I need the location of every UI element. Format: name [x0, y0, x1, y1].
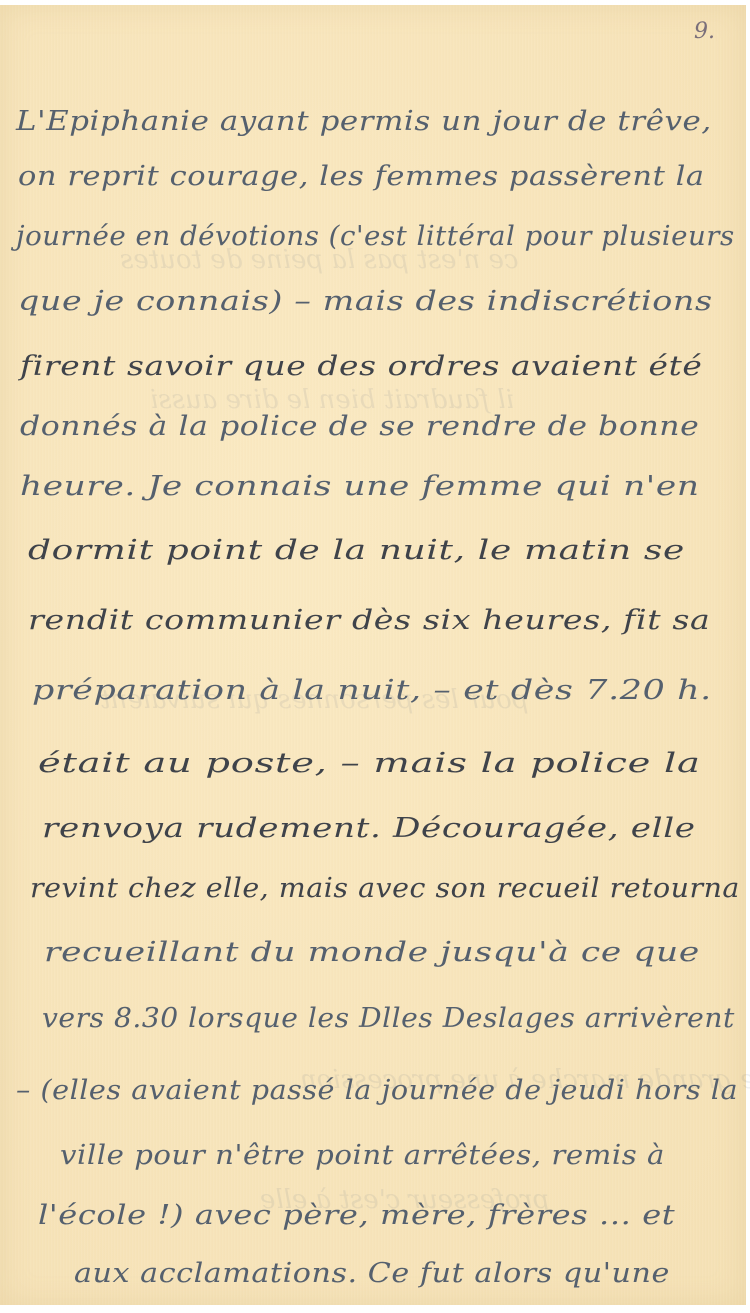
text-line: rendit communier dès six heures, fit sa: [28, 607, 710, 634]
letter-page: ce n'est pas la peine de toutes il faudr…: [0, 5, 746, 1305]
text-line: aux acclamations. Ce fut alors qu'une: [74, 1260, 670, 1287]
text-line: ville pour n'être point arrêtées, remis …: [60, 1142, 665, 1169]
text-line: – (elles avaient passé la journée de jeu…: [16, 1077, 738, 1104]
text-line: firent savoir que des ordres avaient été: [20, 353, 702, 380]
text-line: vers 8.30 lorsque les Dlles Deslages arr…: [42, 1005, 735, 1032]
text-line: que je connais) – mais des indiscrétions: [18, 288, 713, 315]
page-number: 9.: [694, 19, 715, 44]
text-line: heure. Je connais une femme qui n'en: [20, 473, 700, 500]
show-through-ink: ce n'est pas la peine de toutes il faudr…: [0, 5, 746, 1305]
text-line: recueillant du monde jusqu'à ce que: [44, 939, 700, 966]
text-line: donnés à la police de se rendre de bonne: [20, 413, 699, 440]
text-line: journée en dévotions (c'est littéral pou…: [16, 223, 735, 250]
text-line: préparation à la nuit, – et dès 7.20 h.: [32, 677, 712, 704]
text-line: revint chez elle, mais avec son recueil …: [30, 875, 740, 902]
text-line: dormit point de la nuit, le matin se: [28, 537, 685, 564]
text-line: on reprit courage, les femmes passèrent …: [18, 163, 705, 190]
text-line: était au poste, – mais la police la: [38, 750, 701, 777]
text-line: l'école !) avec père, mère, frères ... e…: [38, 1202, 675, 1229]
text-line: L'Epiphanie ayant permis un jour de trêv…: [16, 108, 712, 135]
text-line: renvoya rudement. Découragée, elle: [42, 815, 696, 842]
